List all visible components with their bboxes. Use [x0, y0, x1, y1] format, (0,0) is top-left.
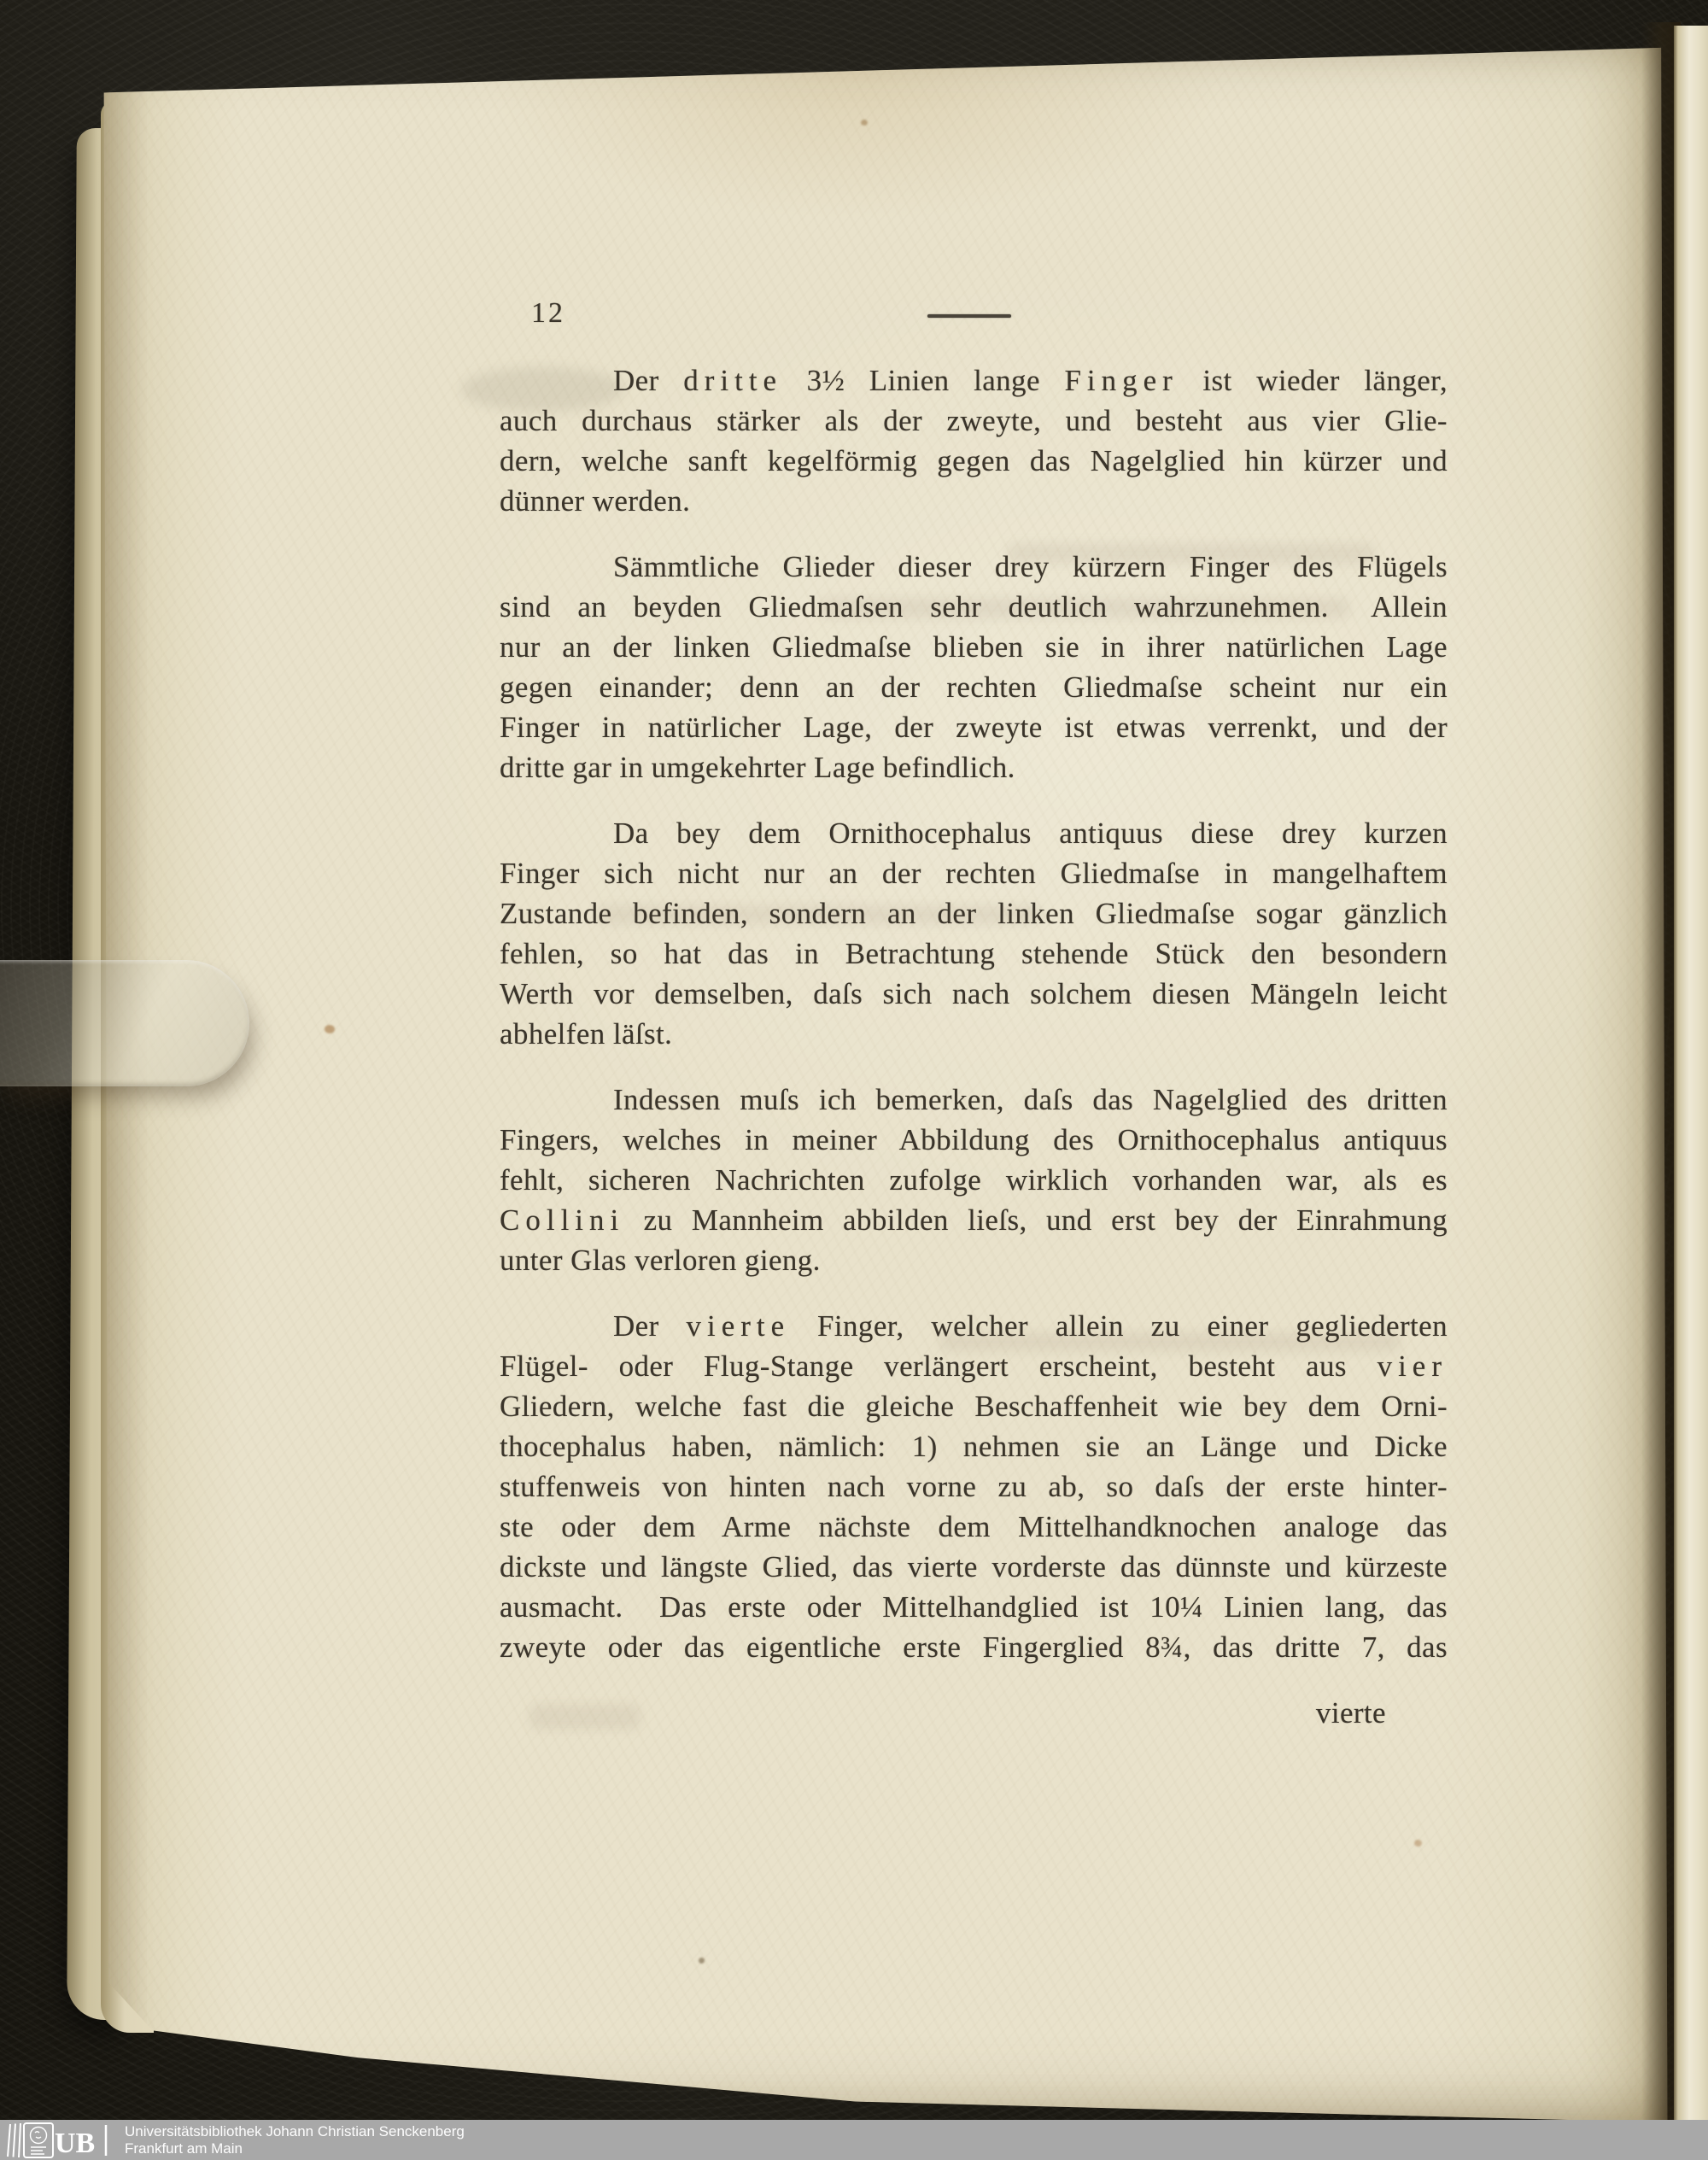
text-line: dünner werden.: [500, 481, 1448, 521]
text-line: dritte gar in umgekehrter Lage befindlic…: [500, 747, 1448, 787]
text-segment: Zustande befinden, sondern an der linken…: [500, 897, 1448, 930]
catchword: vierte: [1316, 1696, 1386, 1730]
text-line: Indessen muſs ich bemerken, daſs das Nag…: [500, 1080, 1448, 1120]
text-segment: dünner werden.: [500, 484, 690, 518]
library-location: Frankfurt am Main: [125, 2140, 465, 2157]
text-line: Finger sich nicht nur an der rechten Gli…: [500, 853, 1448, 893]
text-segment: ist wieder länger,: [1179, 364, 1448, 397]
text-segment: 3½ Linien lange: [782, 364, 1064, 397]
text-segment: Der: [613, 1309, 687, 1343]
text-segment: fehlen, so hat das in Betrachtung stehen…: [500, 937, 1448, 970]
paper-stain: [699, 1958, 705, 1964]
text-segment: Der: [613, 364, 683, 397]
page-content: 12 Der dritte 3½ Linien lange Finger ist…: [0, 0, 1708, 2160]
text-segment: Flügel- oder Flug-Stange verlängert ersc…: [500, 1349, 1378, 1383]
text-line: Der dritte 3½ Linien lange Finger ist wi…: [500, 360, 1448, 401]
text-segment: Werth vor demselben, daſs sich nach solc…: [500, 977, 1448, 1010]
letterspaced-word: Collini: [500, 1203, 624, 1237]
paragraph: Der dritte 3½ Linien lange Finger ist wi…: [500, 360, 1448, 521]
text-segment: zweyte oder das eigentliche erste Finger…: [500, 1630, 1448, 1664]
banner-text: Universitätsbibliothek Johann Christian …: [125, 2123, 465, 2157]
text-line: Finger in natürlicher Lage, der zweyte i…: [500, 707, 1448, 747]
text-segment: Fingers, welches in meiner Abbildung des…: [500, 1123, 1448, 1156]
text-segment: gegen einander; denn an der rechten Glie…: [500, 670, 1448, 704]
text-line: Da bey dem Ornithocephalus antiquus dies…: [500, 813, 1448, 853]
paragraph: Da bey dem Ornithocephalus antiquus dies…: [500, 813, 1448, 1054]
text-segment: auch durchaus stärker als der zweyte, un…: [500, 404, 1448, 437]
text-segment: unter Glas verloren gieng.: [500, 1244, 821, 1277]
text-segment: stuffenweis von hinten nach vorne zu ab,…: [500, 1470, 1448, 1503]
text-line: dern, welche sanft kegelförmig gegen das…: [500, 441, 1448, 481]
text-line: ausmacht. Das erste oder Mittelhandglied…: [500, 1587, 1448, 1627]
text-line: fehlt, sicheren Nachrichten zufolge wirk…: [500, 1160, 1448, 1200]
letterspaced-word: vierte: [687, 1309, 791, 1343]
paper-stain: [1414, 1840, 1422, 1847]
text-segment: Sämmtliche Glieder dieser drey kürzern F…: [613, 550, 1448, 583]
page-number: 12: [531, 297, 565, 330]
text-line: Collini zu Mannheim abbilden lieſs, und …: [500, 1200, 1448, 1240]
paragraph: Der vierte Finger, welcher allein zu ein…: [500, 1306, 1448, 1667]
text-segment: ste oder dem Arme nächste dem Mittelhand…: [500, 1510, 1448, 1543]
ub-logo-text: UB: [55, 2128, 95, 2159]
text-line: gegen einander; denn an der rechten Glie…: [500, 667, 1448, 707]
text-line: fehlen, so hat das in Betrachtung stehen…: [500, 934, 1448, 974]
letterspaced-word: vier: [1378, 1349, 1448, 1383]
letterspaced-word: dritte: [683, 364, 782, 397]
library-name: Universitätsbibliothek Johann Christian …: [125, 2123, 465, 2140]
paragraph: Indessen muſs ich bemerken, daſs das Nag…: [500, 1080, 1448, 1280]
text-line: auch durchaus stärker als der zweyte, un…: [500, 401, 1448, 441]
text-line: Werth vor demselben, daſs sich nach solc…: [500, 974, 1448, 1014]
text-line: Gliedern, welche fast die gleiche Bescha…: [500, 1386, 1448, 1426]
text-segment: zu Mannheim abbilden lieſs, und erst bey…: [624, 1203, 1448, 1237]
text-line: sind an beyden Gliedmaſsen sehr deutlich…: [500, 587, 1448, 627]
text-line: abhelfen läſst.: [500, 1014, 1448, 1054]
text-segment: Da bey dem Ornithocephalus antiquus dies…: [613, 817, 1448, 850]
paper-stain: [861, 120, 868, 126]
text-line: Der vierte Finger, welcher allein zu ein…: [500, 1306, 1448, 1346]
text-segment: dritte gar in umgekehrter Lage befindlic…: [500, 751, 1015, 784]
catchword-line: vierte: [500, 1693, 1448, 1733]
text-segment: Indessen muſs ich bemerken, daſs das Nag…: [613, 1083, 1448, 1116]
paragraph: Sämmtliche Glieder dieser drey kürzern F…: [500, 547, 1448, 787]
book-scan: 12 Der dritte 3½ Linien lange Finger ist…: [0, 0, 1708, 2160]
adjacent-page-edge: [1674, 26, 1708, 2122]
text-line: unter Glas verloren gieng.: [500, 1240, 1448, 1280]
library-watermark-banner: UB Universitätsbibliothek Johann Christi…: [0, 2120, 1708, 2160]
text-segment: fehlt, sicheren Nachrichten zufolge wirk…: [500, 1163, 1448, 1197]
section-divider-rule: [927, 314, 1011, 318]
page-text: Der dritte 3½ Linien lange Finger ist wi…: [500, 360, 1448, 1733]
text-segment: sind an beyden Gliedmaſsen sehr deutlich…: [500, 590, 1448, 623]
text-line: Sämmtliche Glieder dieser drey kürzern F…: [500, 547, 1448, 587]
text-segment: Finger in natürlicher Lage, der zweyte i…: [500, 711, 1448, 744]
text-line: dickste und längste Glied, das vierte vo…: [500, 1547, 1448, 1587]
text-line: ste oder dem Arme nächste dem Mittelhand…: [500, 1507, 1448, 1547]
text-segment: dickste und längste Glied, das vierte vo…: [500, 1550, 1448, 1583]
text-segment: Finger, welcher allein zu einer gegliede…: [790, 1309, 1448, 1343]
text-segment: nur an der linken Gliedmaſse blieben sie…: [500, 630, 1448, 664]
text-line: zweyte oder das eigentliche erste Finger…: [500, 1627, 1448, 1667]
text-segment: thocephalus haben, nämlich: 1) nehmen si…: [500, 1430, 1448, 1463]
text-segment: ausmacht. Das erste oder Mittelhandglied…: [500, 1590, 1448, 1624]
text-line: thocephalus haben, nämlich: 1) nehmen si…: [500, 1426, 1448, 1466]
text-segment: Finger sich nicht nur an der rechten Gli…: [500, 857, 1448, 890]
paper-stain: [325, 1025, 335, 1033]
text-line: Flügel- oder Flug-Stange verlängert ersc…: [500, 1346, 1448, 1386]
ub-logo: UB: [5, 2122, 113, 2159]
text-segment: abhelfen läſst.: [500, 1017, 672, 1051]
transparent-page-holder: [0, 960, 249, 1086]
text-segment: dern, welche sanft kegelförmig gegen das…: [500, 444, 1448, 477]
text-line: stuffenweis von hinten nach vorne zu ab,…: [500, 1466, 1448, 1507]
text-line: Fingers, welches in meiner Abbildung des…: [500, 1120, 1448, 1160]
text-line: nur an der linken Gliedmaſse blieben sie…: [500, 627, 1448, 667]
text-segment: Gliedern, welche fast die gleiche Bescha…: [500, 1390, 1448, 1423]
letterspaced-word: Finger: [1064, 364, 1178, 397]
text-line: Zustande befinden, sondern an der linken…: [500, 893, 1448, 934]
